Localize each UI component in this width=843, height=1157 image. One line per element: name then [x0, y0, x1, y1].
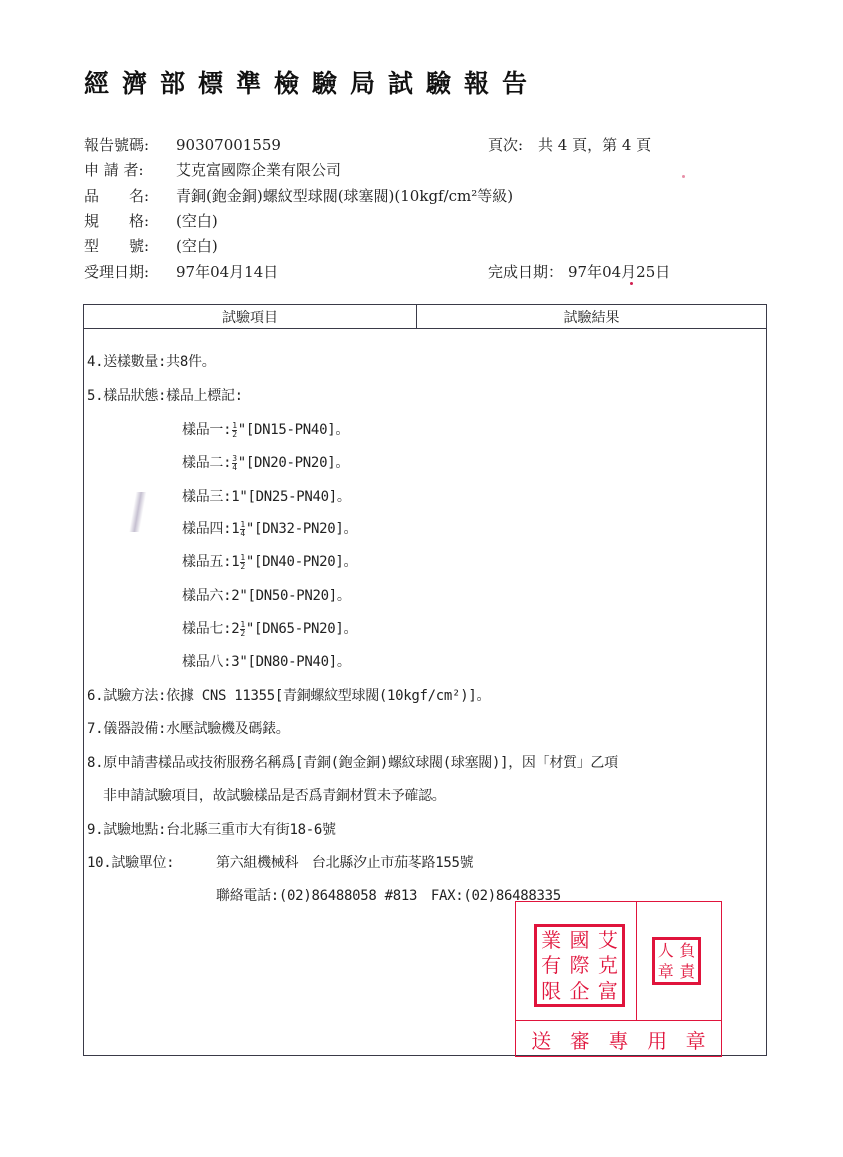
sample-3: 樣品三:1"[DN25-PN40]。	[182, 486, 351, 506]
item-note-line-2: 非申請試驗項目，故試驗樣品是否爲青銅材質未予確認。	[103, 785, 446, 805]
fraction: 12	[232, 422, 237, 439]
spec-value: (空白)	[176, 210, 218, 231]
table-header: 試驗項目 試驗結果	[84, 305, 766, 329]
item-test-unit-value: 第六組機械科 台北縣汐止市茄苳路155號	[216, 852, 473, 872]
model-row: 型 號:(空白)	[84, 235, 218, 256]
model-value: (空白)	[176, 235, 218, 256]
applicant-value: 艾克富國際企業有限公司	[176, 159, 341, 180]
sample-8: 樣品八:3"[DN80-PN40]。	[182, 651, 351, 671]
report-title: 經濟部標準檢驗局試驗報告	[84, 64, 540, 100]
completed-date-row: 完成日期：97年04月25日	[488, 261, 670, 282]
item-sample-status: 5.樣品狀態:樣品上標記:	[87, 385, 243, 405]
fraction: 34	[232, 455, 237, 472]
column-header-test-item: 試驗項目	[84, 305, 417, 328]
sample-5: 樣品五:112"[DN40-PN20]。	[182, 551, 357, 571]
stamp-caption: 送審專用章	[516, 1024, 721, 1054]
received-date-row: 受理日期:97年04月14日	[84, 261, 278, 282]
sample-6: 樣品六:2"[DN50-PN20]。	[182, 585, 351, 605]
applicant-row: 申 請 者:艾克富國際企業有限公司	[84, 159, 341, 180]
completed-date-label: 完成日期：	[488, 261, 568, 282]
stamp-divider	[516, 1020, 721, 1021]
submission-stamp: 艾克富 國際企 業有限 負責 人章 送審專用章	[515, 901, 722, 1057]
fraction: 12	[240, 554, 245, 571]
product-label: 品 名:	[84, 185, 176, 206]
item-note-line-1: 8.原申請書樣品或技術服務名稱爲[青銅(鉋金銅)螺紋球閥(球塞閥)]，因「材質」…	[87, 752, 618, 772]
product-value: 青銅(鉋金銅)螺紋型球閥(球塞閥)(10kgf/cm²等級)	[176, 185, 513, 206]
item-sample-count: 4.送樣數量:共8件。	[87, 351, 215, 371]
report-number-row: 報告號碼:90307001559	[84, 134, 281, 155]
ink-dot	[682, 175, 685, 178]
page-label: 頁次:	[488, 134, 538, 155]
spec-label: 規 格:	[84, 210, 176, 231]
ink-dot	[630, 282, 633, 285]
received-date-value: 97年04月14日	[176, 261, 278, 282]
received-date-label: 受理日期:	[84, 261, 176, 282]
item-test-unit-label: 10.試驗單位:	[87, 852, 174, 872]
report-number-label: 報告號碼:	[84, 134, 176, 155]
scan-smudge	[122, 492, 150, 532]
applicant-label: 申 請 者:	[84, 159, 176, 180]
page-value: 共 4 頁，第 4 頁	[538, 134, 651, 155]
column-header-test-result: 試驗結果	[417, 305, 766, 328]
item-equipment: 7.儀器設備:水壓試驗機及碼錶。	[87, 718, 290, 738]
sample-2: 樣品二:34"[DN20-PN20]。	[182, 452, 349, 472]
company-seal-icon: 艾克富 國際企 業有限	[534, 924, 625, 1007]
item-test-location: 9.試驗地點:台北縣三重市大有街18-6號	[87, 819, 336, 839]
sample-7: 樣品七:212"[DN65-PN20]。	[182, 618, 357, 638]
item-contact: 聯絡電話:(02)86488058 #813 FAX:(02)86488335	[216, 885, 561, 905]
representative-seal-icon: 負責 人章	[652, 937, 701, 985]
completed-date-value: 97年04月25日	[568, 261, 670, 282]
fraction: 14	[240, 521, 245, 538]
report-number-value: 90307001559	[176, 136, 281, 154]
sample-1: 樣品一:12"[DN15-PN40]。	[182, 419, 349, 439]
product-row: 品 名:青銅(鉋金銅)螺紋型球閥(球塞閥)(10kgf/cm²等級)	[84, 185, 513, 206]
spec-row: 規 格:(空白)	[84, 210, 218, 231]
fraction: 12	[240, 621, 245, 638]
stamp-divider	[636, 902, 637, 1020]
model-label: 型 號:	[84, 235, 176, 256]
sample-4: 樣品四:114"[DN32-PN20]。	[182, 518, 357, 538]
page-row: 頁次:共 4 頁，第 4 頁	[488, 134, 651, 155]
item-test-method: 6.試驗方法:依據 CNS 11355[青銅螺紋型球閥(10kgf/cm²)]。	[87, 685, 490, 705]
